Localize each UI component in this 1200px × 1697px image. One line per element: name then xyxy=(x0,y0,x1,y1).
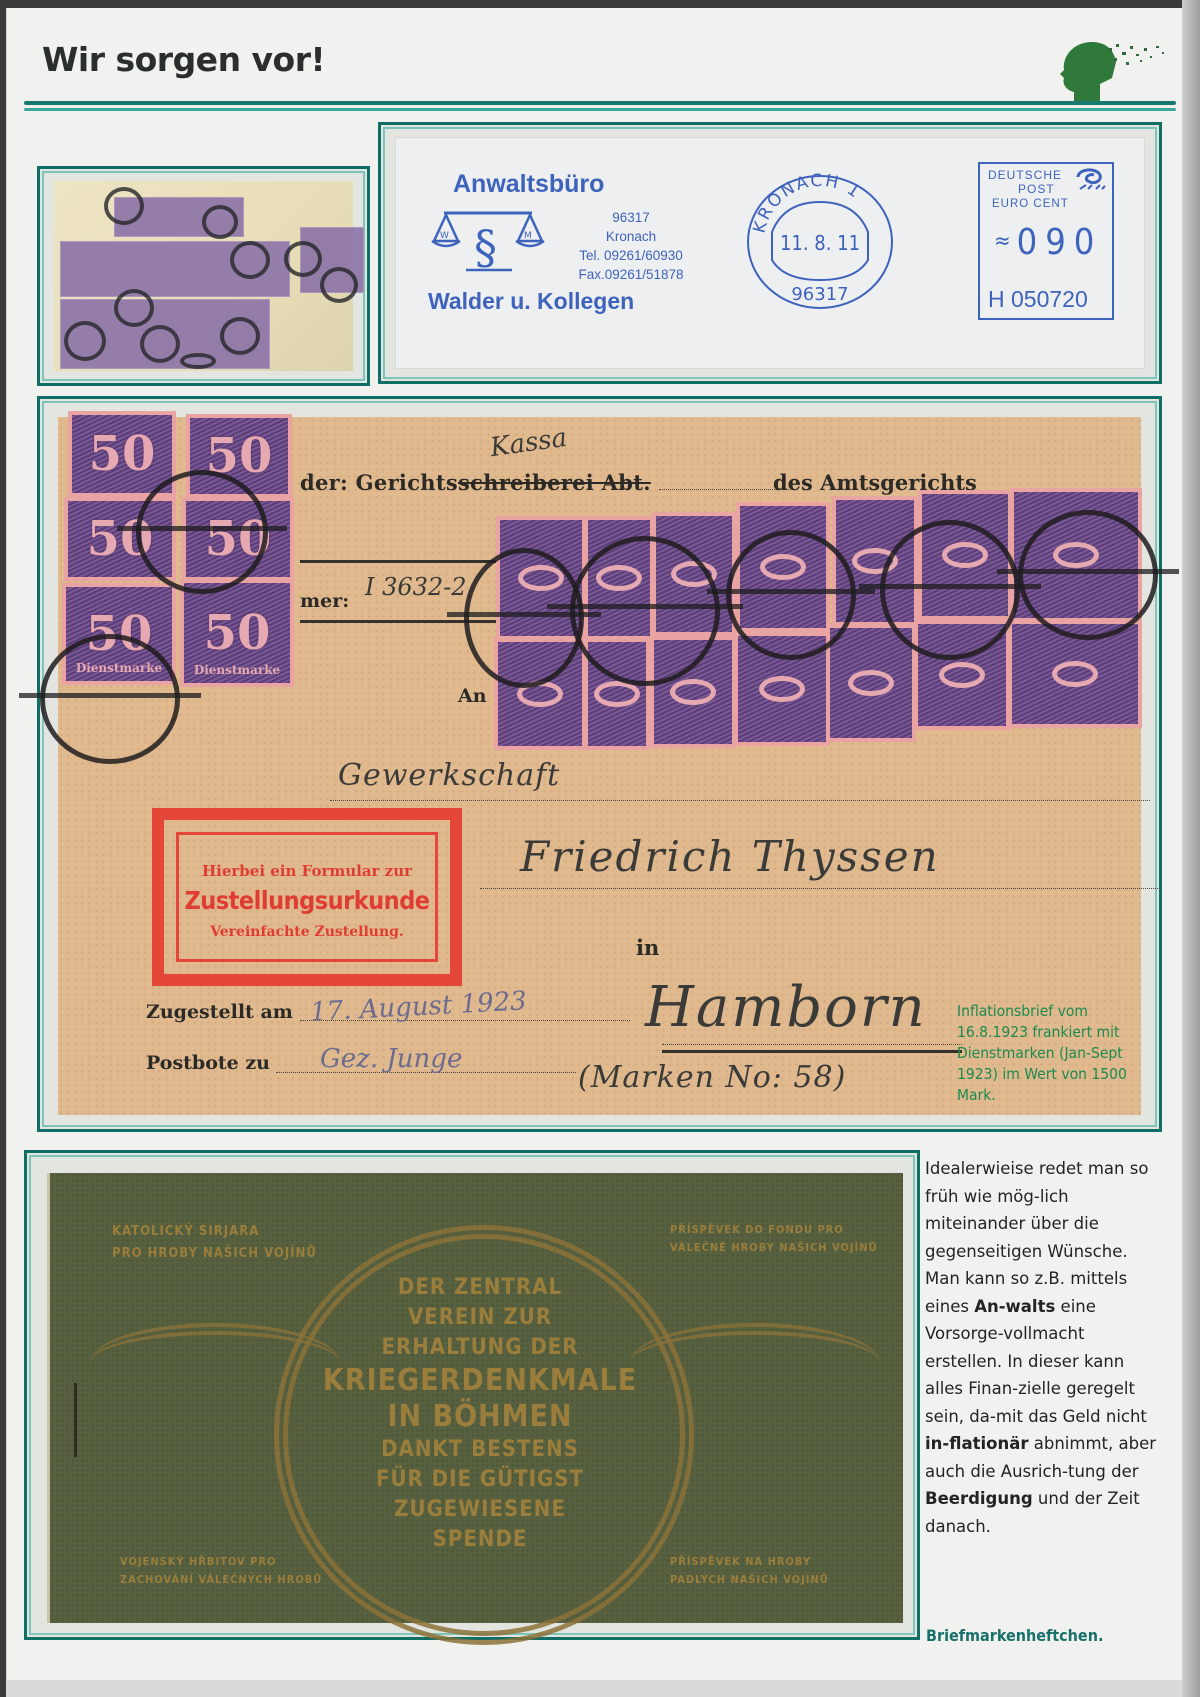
header-rule xyxy=(24,101,1176,105)
cover-caption: Inflationsbrief vom 16.8.1923 frankiert … xyxy=(957,1001,1157,1106)
sender-firm: Walder u. Kollegen xyxy=(428,288,634,315)
booklet-center-text: DER ZENTRAL VEREIN ZUR ERHALTUNG DER KRI… xyxy=(290,1273,670,1555)
handwritten-city: Hamborn xyxy=(645,975,927,1040)
postmark-cancel xyxy=(464,548,584,688)
dissolving-head-icon xyxy=(1052,34,1172,106)
booklet-caption: Briefmarkenheftchen. xyxy=(926,1626,1103,1645)
label-line1: Hierbei ein Formular zur xyxy=(164,862,450,880)
address-dotted-line xyxy=(480,888,1160,889)
dienstmarke-stamp: 50Dienstmarke xyxy=(180,579,294,687)
svg-text:11. 8. 11: 11. 8. 11 xyxy=(780,231,860,255)
postmark-cancel xyxy=(570,536,720,686)
sender-heading: Anwaltsbüro xyxy=(453,170,604,199)
postmark-cancel xyxy=(880,520,1020,660)
meter-currency: EURO CENT xyxy=(992,198,1069,210)
handwritten-marken-note: (Marken No: 58) xyxy=(578,1060,846,1095)
meter-line-2: POST xyxy=(1018,182,1055,196)
city-underline xyxy=(662,1050,962,1053)
page-title: Wir sorgen vor! xyxy=(42,40,325,79)
franking-meter-imprint: DEUTSCHE POST EURO CENT ≈090 H 050720 xyxy=(978,162,1114,320)
postmark-cancel xyxy=(64,321,106,361)
postmark-cancel xyxy=(114,289,154,327)
sender-tel: Tel. 09261/60930 xyxy=(566,246,696,265)
stamp-booklet-cover: KATOLICKÝ SIRJARAPRO HROBY NAŠICH VOJÍNŮ… xyxy=(47,1173,903,1623)
envelope-thumbnail-frame xyxy=(37,166,370,386)
printed-address-label: An xyxy=(458,685,487,707)
label-line3: Vereinfachte Zustellung. xyxy=(164,924,450,940)
svg-text:96317: 96317 xyxy=(791,284,848,305)
sender-postcode: 96317 xyxy=(566,208,696,227)
emphasis-text: An-walts xyxy=(974,1297,1055,1316)
postmark-cancel xyxy=(726,530,856,660)
postmark-cancel xyxy=(230,241,270,279)
booklet-top-left-text: KATOLICKÝ SIRJARAPRO HROBY NAŠICH VOJÍNŮ xyxy=(112,1221,317,1265)
kronach-postmark: KRONACH 1 11. 8. 11 96317 xyxy=(744,172,896,312)
printed-number-label: mer: xyxy=(300,590,349,612)
city-dotted-line xyxy=(662,1044,962,1045)
page-bottom-edge xyxy=(6,1680,1182,1697)
postmark-cancel xyxy=(136,470,268,594)
postmark-cancel xyxy=(180,353,216,369)
postmark-cancel xyxy=(104,187,144,225)
scales-of-justice-icon: W M § xyxy=(428,207,548,273)
svg-text:M: M xyxy=(524,231,532,241)
address-dotted-line xyxy=(330,800,1150,801)
booklet-staple-slot xyxy=(74,1383,77,1457)
form-rule xyxy=(300,560,500,563)
emphasis-text: Beerdigung xyxy=(925,1489,1033,1508)
printed-in-label: in xyxy=(636,935,659,960)
meter-value: ≈090 xyxy=(994,222,1102,263)
sender-address: 96317 Kronach Tel. 09261/60930 Fax.09261… xyxy=(566,208,696,284)
postmark-cancel xyxy=(40,634,180,764)
handwritten-signature: Gez. Junge xyxy=(320,1044,462,1074)
handwritten-addressee-line2: Friedrich Thyssen xyxy=(520,832,940,881)
handwritten-addressee-line1: Gewerkschaft xyxy=(338,758,560,793)
zustellungsurkunde-label: Hierbei ein Formular zur Zustellungsurku… xyxy=(152,808,462,986)
posthorn-icon xyxy=(1074,167,1108,195)
meter-machine-id: H 050720 xyxy=(988,286,1088,313)
page-edge-shadow xyxy=(1182,0,1200,1697)
booklet-frame: KATOLICKÝ SIRJARAPRO HROBY NAŠICH VOJÍNŮ… xyxy=(24,1150,920,1640)
booklet-bottom-right-text: PŘÍSPĚVEK NA HROBYPADLÝCH NAŠICH VOJÍNŮ xyxy=(670,1553,829,1589)
printed-postman-label: Postbote zu xyxy=(146,1052,270,1074)
explanation-text: Idealerwieise redet man so früh wie mög-… xyxy=(925,1155,1165,1540)
postmark-cancel xyxy=(220,317,260,355)
meter-line-1: DEUTSCHE xyxy=(988,168,1062,182)
body-text: Idealerwieise redet man so früh wie mög-… xyxy=(925,1159,1148,1316)
handwritten-file-number: I 3632-2 xyxy=(365,573,467,601)
emphasis-text: in-flationär xyxy=(925,1434,1029,1453)
booklet-top-right-text: PŘÍSPĚVEK DO FONDU PROVÁLEČNÉ HROBY NAŠI… xyxy=(670,1221,878,1257)
svg-text:W: W xyxy=(440,231,449,241)
postmark-cancel xyxy=(1018,510,1158,640)
envelope-thumbnail xyxy=(54,181,353,371)
postmark-cancel xyxy=(140,325,180,363)
sender-city: Kronach xyxy=(566,227,696,246)
postmark-cancel xyxy=(202,205,238,239)
printed-delivered-label: Zugestellt am xyxy=(146,1001,293,1023)
label-line2: Zustellungsurkunde xyxy=(164,886,450,915)
header-rule-secondary xyxy=(24,108,1176,111)
printed-court-header: der: Gerichtsschreiberei Abt. xyxy=(300,470,797,495)
booklet-bottom-left-text: VOJENSKÝ HŘBITOV PROZACHOVÁNÍ VÁLEČNÝCH … xyxy=(120,1553,322,1589)
postmark-cancel xyxy=(284,241,322,277)
sender-fax: Fax.09261/51878 xyxy=(566,265,696,284)
postmark-cancel xyxy=(320,267,358,303)
svg-text:§: § xyxy=(474,220,497,273)
